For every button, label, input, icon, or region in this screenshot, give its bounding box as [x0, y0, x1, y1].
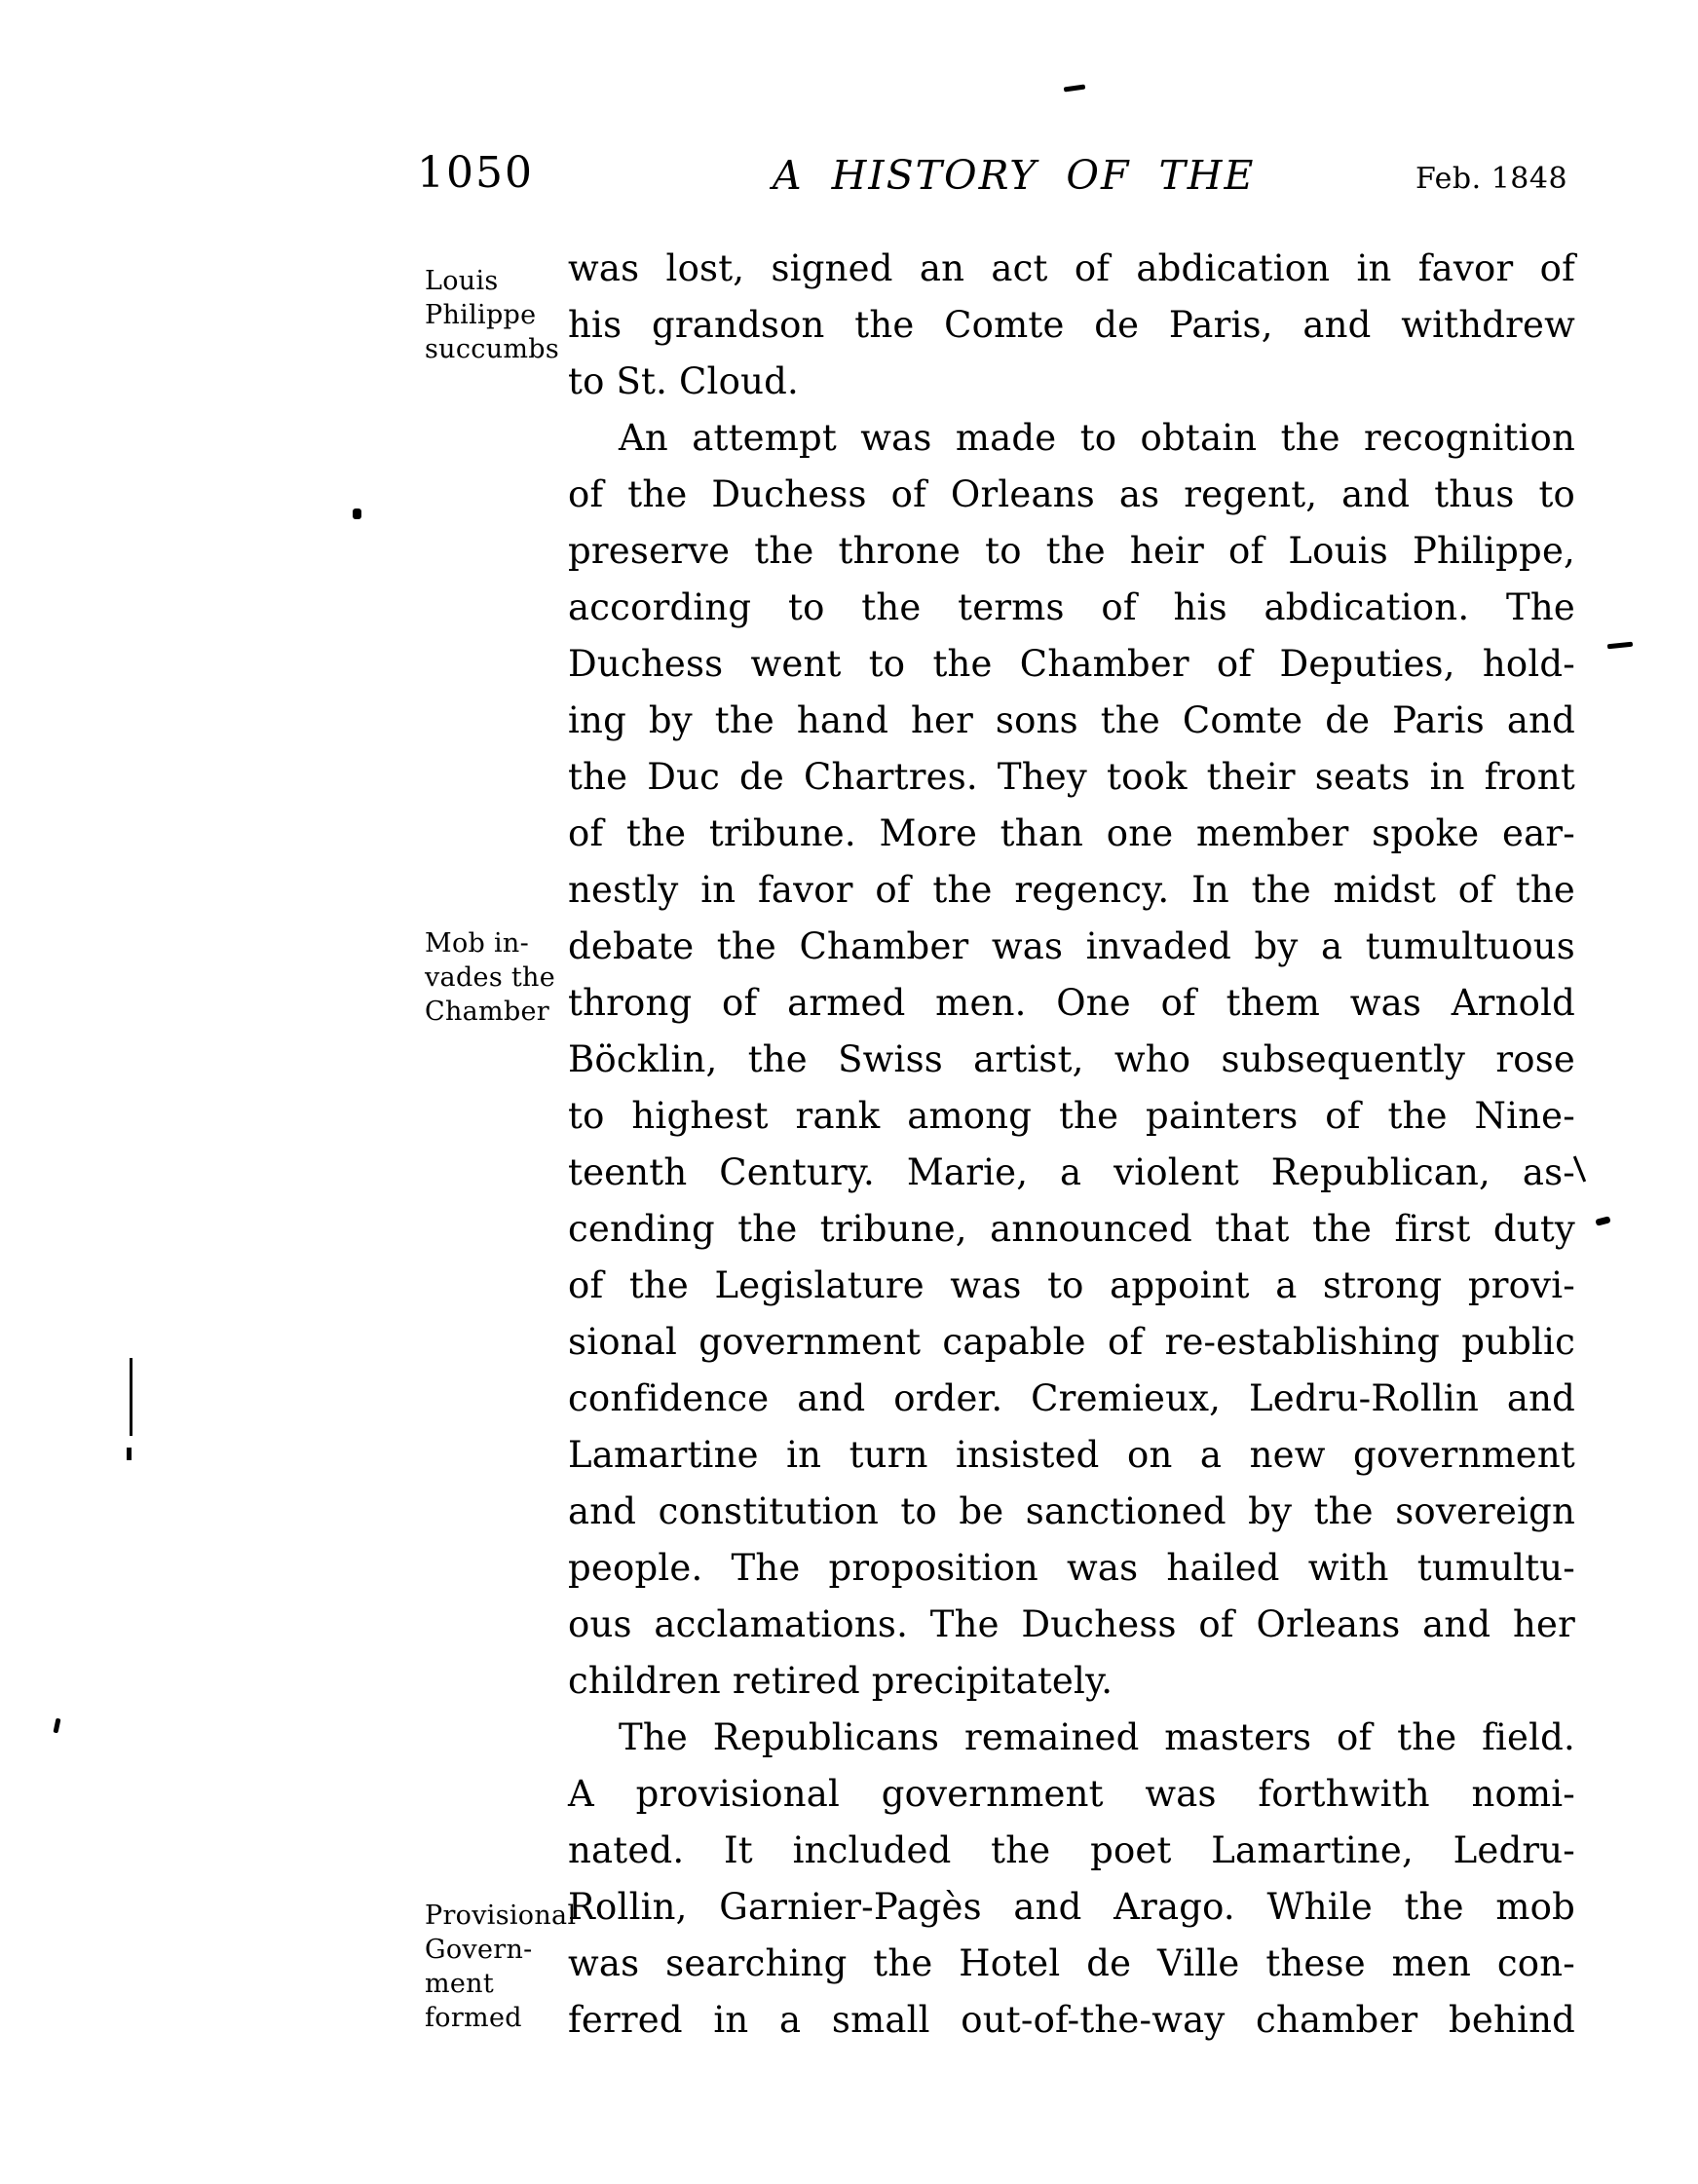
book-page-scan: 1050 A HISTORY OF THE Feb. 1848 Louis Ph…: [0, 0, 1698, 2184]
body-line: cending the tribune, announced that the …: [568, 1201, 1575, 1258]
scan-artifact-speck: [1595, 1216, 1610, 1226]
scan-artifact-tick: [127, 1448, 132, 1460]
body-line: debate the Chamber was invaded by a tumu…: [568, 919, 1575, 975]
margin-note-louis-philippe-succumbs: Louis Philippe succumbs: [425, 264, 559, 366]
body-line: An attempt was made to obtain the recogn…: [568, 410, 1575, 467]
scan-artifact-dash: [1607, 642, 1633, 650]
header-date: Feb. 1848: [1415, 162, 1567, 196]
body-line: ing by the hand her sons the Comte de Pa…: [568, 693, 1575, 749]
body-line: confidence and order. Cremieux, Ledru-Ro…: [568, 1371, 1575, 1427]
body-line: and constitution to be sanctioned by the…: [568, 1484, 1575, 1540]
body-line: was searching the Hotel de Ville these m…: [568, 1936, 1575, 1992]
body-line: A provisional government was forthwith n…: [568, 1766, 1575, 1823]
body-line: of the tribune. More than one member spo…: [568, 806, 1575, 862]
body-line: of the Duchess of Orleans as regent, and…: [568, 467, 1575, 523]
scan-artifact-speck: [353, 508, 361, 519]
body-line: of the Legislature was to appoint a stro…: [568, 1258, 1575, 1314]
body-line: sional government capable of re-establis…: [568, 1314, 1575, 1371]
body-line: preserve the throne to the heir of Louis…: [568, 523, 1575, 580]
margin-note-mob-invades-chamber: Mob in- vades the Chamber: [425, 926, 555, 1029]
paragraph: The Republicans remained masters of the …: [568, 1710, 1575, 2049]
body-line: nestly in favor of the regency. In the m…: [568, 862, 1575, 919]
body-line: Lamartine in turn insisted on a new gove…: [568, 1427, 1575, 1484]
paragraph: was lost, signed an act of abdication in…: [568, 241, 1575, 410]
scan-artifact-mark: [53, 1718, 60, 1734]
body-line: to highest rank among the painters of th…: [568, 1088, 1575, 1145]
body-line: ous acclamations. The Duchess of Orleans…: [568, 1597, 1575, 1653]
body-line: the Duc de Chartres. They took their sea…: [568, 749, 1575, 806]
paragraph: An attempt was made to obtain the recogn…: [568, 410, 1575, 1710]
running-title: A HISTORY OF THE: [773, 152, 1255, 199]
margin-note-provisional-government-formed: Provisional Govern- ment formed: [425, 1899, 576, 2035]
body-text-column: was lost, signed an act of abdication in…: [568, 241, 1575, 2049]
body-line: nated. It included the poet Lamartine, L…: [568, 1823, 1575, 1879]
scan-artifact-dash: [1064, 84, 1085, 92]
body-line: according to the terms of his abdication…: [568, 580, 1575, 636]
body-line: children retired precipitately.: [568, 1653, 1575, 1710]
body-line: Duchess went to the Chamber of Deputies,…: [568, 636, 1575, 693]
body-line: throng of armed men. One of them was Arn…: [568, 975, 1575, 1032]
body-line: people. The proposition was hailed with …: [568, 1540, 1575, 1597]
body-line: to St. Cloud.: [568, 354, 1575, 410]
body-line: The Republicans remained masters of the …: [568, 1710, 1575, 1766]
body-line: teenth Century. Marie, a violent Republi…: [568, 1145, 1575, 1201]
body-line: Böcklin, the Swiss artist, who subsequen…: [568, 1032, 1575, 1088]
body-line: was lost, signed an act of abdication in…: [568, 241, 1575, 297]
body-line: his grandson the Comte de Paris, and wit…: [568, 297, 1575, 354]
scan-artifact-line: [130, 1358, 132, 1436]
body-line: Rollin, Garnier-Pagès and Arago. While t…: [568, 1879, 1575, 1936]
page-number: 1050: [417, 148, 534, 198]
body-line: ferred in a small out-of-the-way chamber…: [568, 1992, 1575, 2049]
